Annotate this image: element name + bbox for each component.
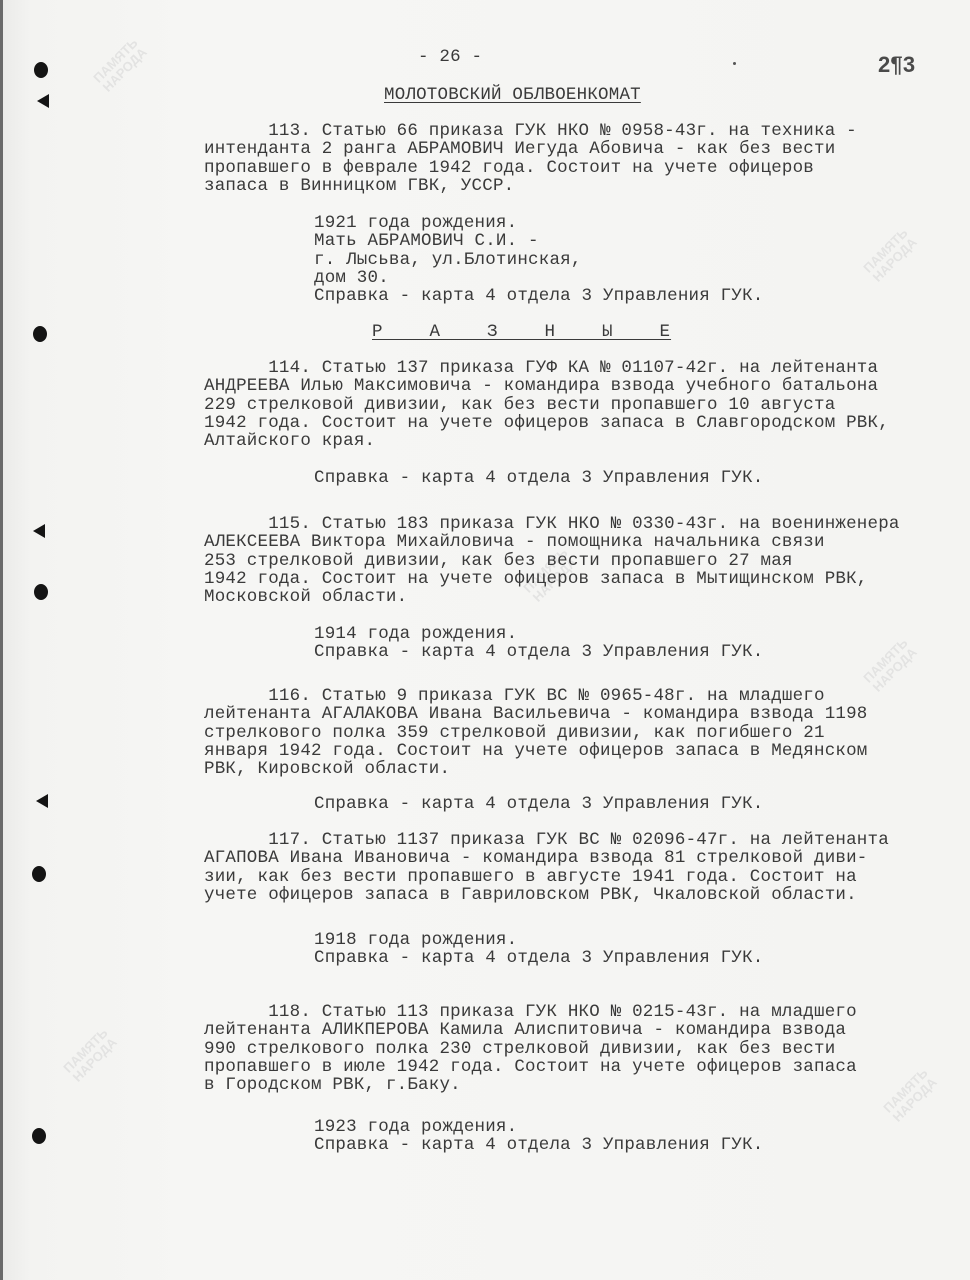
entry-text-line: интенданта 2 ранга АБРАМОВИЧ Иегуда Абов… <box>204 140 835 158</box>
entry-text-line: учете офицеров запаса в Гавриловском РВК… <box>204 886 857 904</box>
punch-hole-icon <box>34 62 48 78</box>
entry-text-line: 118. Статью 113 приказа ГУК НКО № 0215-4… <box>204 1003 857 1021</box>
section-title: Р А З Н Ы Е <box>372 323 671 341</box>
entry-text-line: стрелкового полка 359 стрелковой дивизии… <box>204 724 825 742</box>
punch-hole-icon <box>34 584 48 600</box>
entry-text-line: АГАПОВА Ивана Ивановича - командира взво… <box>204 849 868 867</box>
entry-text-line: 990 стрелкового полка 230 стрелковой див… <box>204 1040 835 1058</box>
entry-text-line: 1942 года. Состоит на учете офицеров зап… <box>204 414 889 432</box>
detail-line: 1914 года рождения. <box>314 625 517 643</box>
detail-line: 1918 года рождения. <box>314 931 517 949</box>
page-edge <box>0 0 3 1280</box>
watermark-stamp: ПАМЯТЬ НАРОДА <box>86 31 164 109</box>
punch-hole-icon <box>37 94 49 108</box>
reference-line: Справка - карта 4 отдела 3 Управления ГУ… <box>314 287 763 305</box>
document-heading: МОЛОТОВСКИЙ ОБЛВОЕНКОМАТ <box>384 86 641 104</box>
watermark-stamp: ПАМЯТЬ НАРОДА <box>856 631 934 709</box>
detail-line: Мать АБРАМОВИЧ С.И. - <box>314 232 539 250</box>
punch-hole-icon <box>32 866 46 882</box>
entry-text-line: Московской области. <box>204 588 407 606</box>
detail-line: 1921 года рождения. <box>314 214 517 232</box>
watermark-stamp: ПАМЯТЬ НАРОДА <box>856 221 934 299</box>
entry-text-line: 229 стрелковой дивизии, как без вести пр… <box>204 396 835 414</box>
entry-text-line: января 1942 года. Состоит на учете офице… <box>204 742 868 760</box>
punch-hole-icon <box>36 794 48 808</box>
entry-text-line: 1942 года. Состоит на учете офицеров зап… <box>204 570 868 588</box>
reference-line: Справка - карта 4 отдела 3 Управления ГУ… <box>314 949 763 967</box>
entry-text-line: пропавшего в июле 1942 года. Состоит на … <box>204 1058 857 1076</box>
entry-text-line: пропавшего в феврале 1942 года. Состоит … <box>204 159 814 177</box>
reference-line: Справка - карта 4 отдела 3 Управления ГУ… <box>314 469 763 487</box>
entry-text-line: лейтенанта АЛИКПЕРОВА Камила Алиспитович… <box>204 1021 846 1039</box>
reference-line: Справка - карта 4 отдела 3 Управления ГУ… <box>314 795 763 813</box>
entry-text-line: зии, как без вести пропавшего в августе … <box>204 868 857 886</box>
watermark-stamp: ПАМЯТЬ НАРОДА <box>876 1061 954 1139</box>
entry-text-line: 117. Статью 1137 приказа ГУК ВС № 02096-… <box>204 831 889 849</box>
document-page: ПАМЯТЬ НАРОДА ПАМЯТЬ НАРОДА ПАМЯТЬ НАРОД… <box>0 0 970 1280</box>
ink-dot <box>733 62 736 65</box>
punch-hole-icon <box>32 1128 46 1144</box>
entry-text-line: запаса в Винницком ГВК, УССР. <box>204 177 514 195</box>
detail-line: дом 30. <box>314 269 389 287</box>
entry-text-line: 253 стрелковой дивизии, как без вести пр… <box>204 552 793 570</box>
detail-line: 1923 года рождения. <box>314 1118 517 1136</box>
entry-text-line: 113. Статью 66 приказа ГУК НКО № 0958-43… <box>204 122 857 140</box>
entry-text-line: АНДРЕЕВА Илью Максимовича - командира вз… <box>204 377 878 395</box>
entry-text-line: 114. Статью 137 приказа ГУФ КА № 01107-4… <box>204 359 878 377</box>
reference-line: Справка - карта 4 отдела 3 Управления ГУ… <box>314 1136 763 1154</box>
punch-hole-icon <box>33 524 45 538</box>
archive-sheet-number: 2¶3 <box>878 56 915 74</box>
page-number: - 26 - <box>418 48 482 66</box>
entry-text-line: Алтайского края. <box>204 432 375 450</box>
punch-hole-icon <box>33 326 47 342</box>
entry-text-line: РВК, Кировской области. <box>204 760 450 778</box>
entry-text-line: 116. Статью 9 приказа ГУК ВС № 0965-48г.… <box>204 687 825 705</box>
entry-text-line: АЛЕКСЕЕВА Виктора Михайловича - помощник… <box>204 533 825 551</box>
reference-line: Справка - карта 4 отдела 3 Управления ГУ… <box>314 643 763 661</box>
watermark-stamp: ПАМЯТЬ НАРОДА <box>56 1021 134 1099</box>
entry-text-line: 115. Статью 183 приказа ГУК НКО № 0330-4… <box>204 515 900 533</box>
detail-line: г. Лысьва, ул.Блотинская, <box>314 251 582 269</box>
entry-text-line: лейтенанта АГАЛАКОВА Ивана Васильевича -… <box>204 705 868 723</box>
entry-text-line: в Городском РВК, г.Баку. <box>204 1076 461 1094</box>
